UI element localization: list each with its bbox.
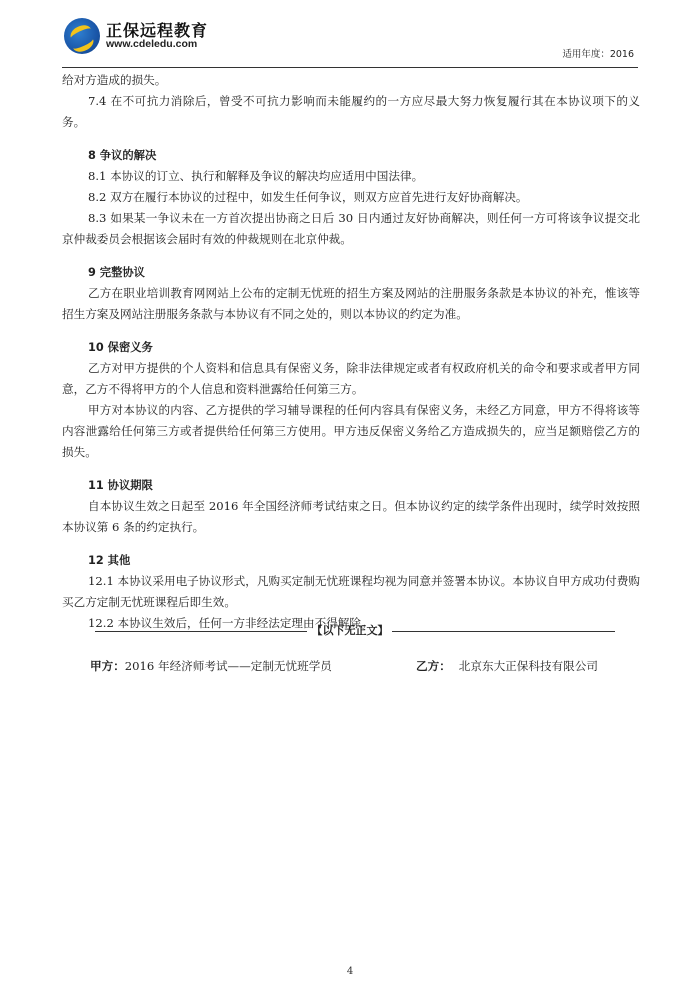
page-number: 4 (0, 966, 700, 977)
section-title-10: 10 保密义务 (62, 337, 640, 358)
divider-line-right (392, 631, 615, 632)
party-a-label: 甲方： (90, 659, 125, 673)
clause-8-2: 8.2 双方在履行本协议的过程中，如发生任何争议，则双方应首先进行友好协商解决。 (62, 187, 640, 208)
party-a-signature: 甲方：2016 年经济师考试——定制无忧班学员 (90, 656, 332, 676)
clause-10-para-2: 甲方对本协议的内容、乙方提供的学习辅导课程的任何内容具有保密义务，未经乙方同意，… (62, 400, 640, 463)
clause-12-1: 12.1 本协议采用电子协议形式，凡购买定制无忧班课程均视为同意并签署本协议。本… (62, 571, 640, 613)
section-title-11: 11 协议期限 (62, 475, 640, 496)
page-header: 正保远程教育 www.cdeledu.com 适用年度：2016 (62, 14, 638, 68)
header-divider (62, 67, 638, 68)
continuation-text: 给对方造成的损失。 (62, 70, 640, 91)
party-b-signature: 乙方：北京东大正保科技有限公司 (416, 656, 598, 676)
clause-8-3: 8.3 如果某一争议未在一方首次提出协商之日后 30 日内通过友好协商解决，则任… (62, 208, 640, 250)
party-a-value: 2016 年经济师考试——定制无忧班学员 (125, 659, 332, 673)
clause-10-para-1: 乙方对甲方提供的个人资料和信息具有保密义务，除非法律规定或者有权政府机关的命令和… (62, 358, 640, 400)
swirl-logo-icon (64, 18, 100, 54)
end-of-text-divider: 【以下无正文】 (95, 622, 615, 640)
clause-7-4: 7.4 在不可抗力消除后，曾受不可抗力影响而未能履约的一方应尽最大努力恢复履行其… (62, 91, 640, 133)
clause-9-text: 乙方在职业培训教育网网站上公布的定制无忧班的招生方案及网站的注册服务条款是本协议… (62, 283, 640, 325)
section-title-8: 8 争议的解决 (62, 145, 640, 166)
website-url: www.cdeledu.com (106, 38, 197, 50)
clause-11-text: 自本协议生效之日起至 2016 年全国经济师考试结束之日。但本协议约定的续学条件… (62, 496, 640, 538)
clause-8-1: 8.1 本协议的订立、执行和解释及争议的解决均应适用中国法律。 (62, 166, 640, 187)
party-b-label: 乙方： (416, 659, 451, 673)
section-title-9: 9 完整协议 (62, 262, 640, 283)
divider-line-left (95, 631, 307, 632)
end-of-text-label: 【以下无正文】 (305, 622, 395, 640)
party-b-value: 北京东大正保科技有限公司 (459, 659, 598, 673)
document-body: 给对方造成的损失。 7.4 在不可抗力消除后，曾受不可抗力影响而未能履约的一方应… (62, 70, 640, 634)
section-title-12: 12 其他 (62, 550, 640, 571)
applicable-year: 适用年度：2016 (562, 46, 634, 60)
